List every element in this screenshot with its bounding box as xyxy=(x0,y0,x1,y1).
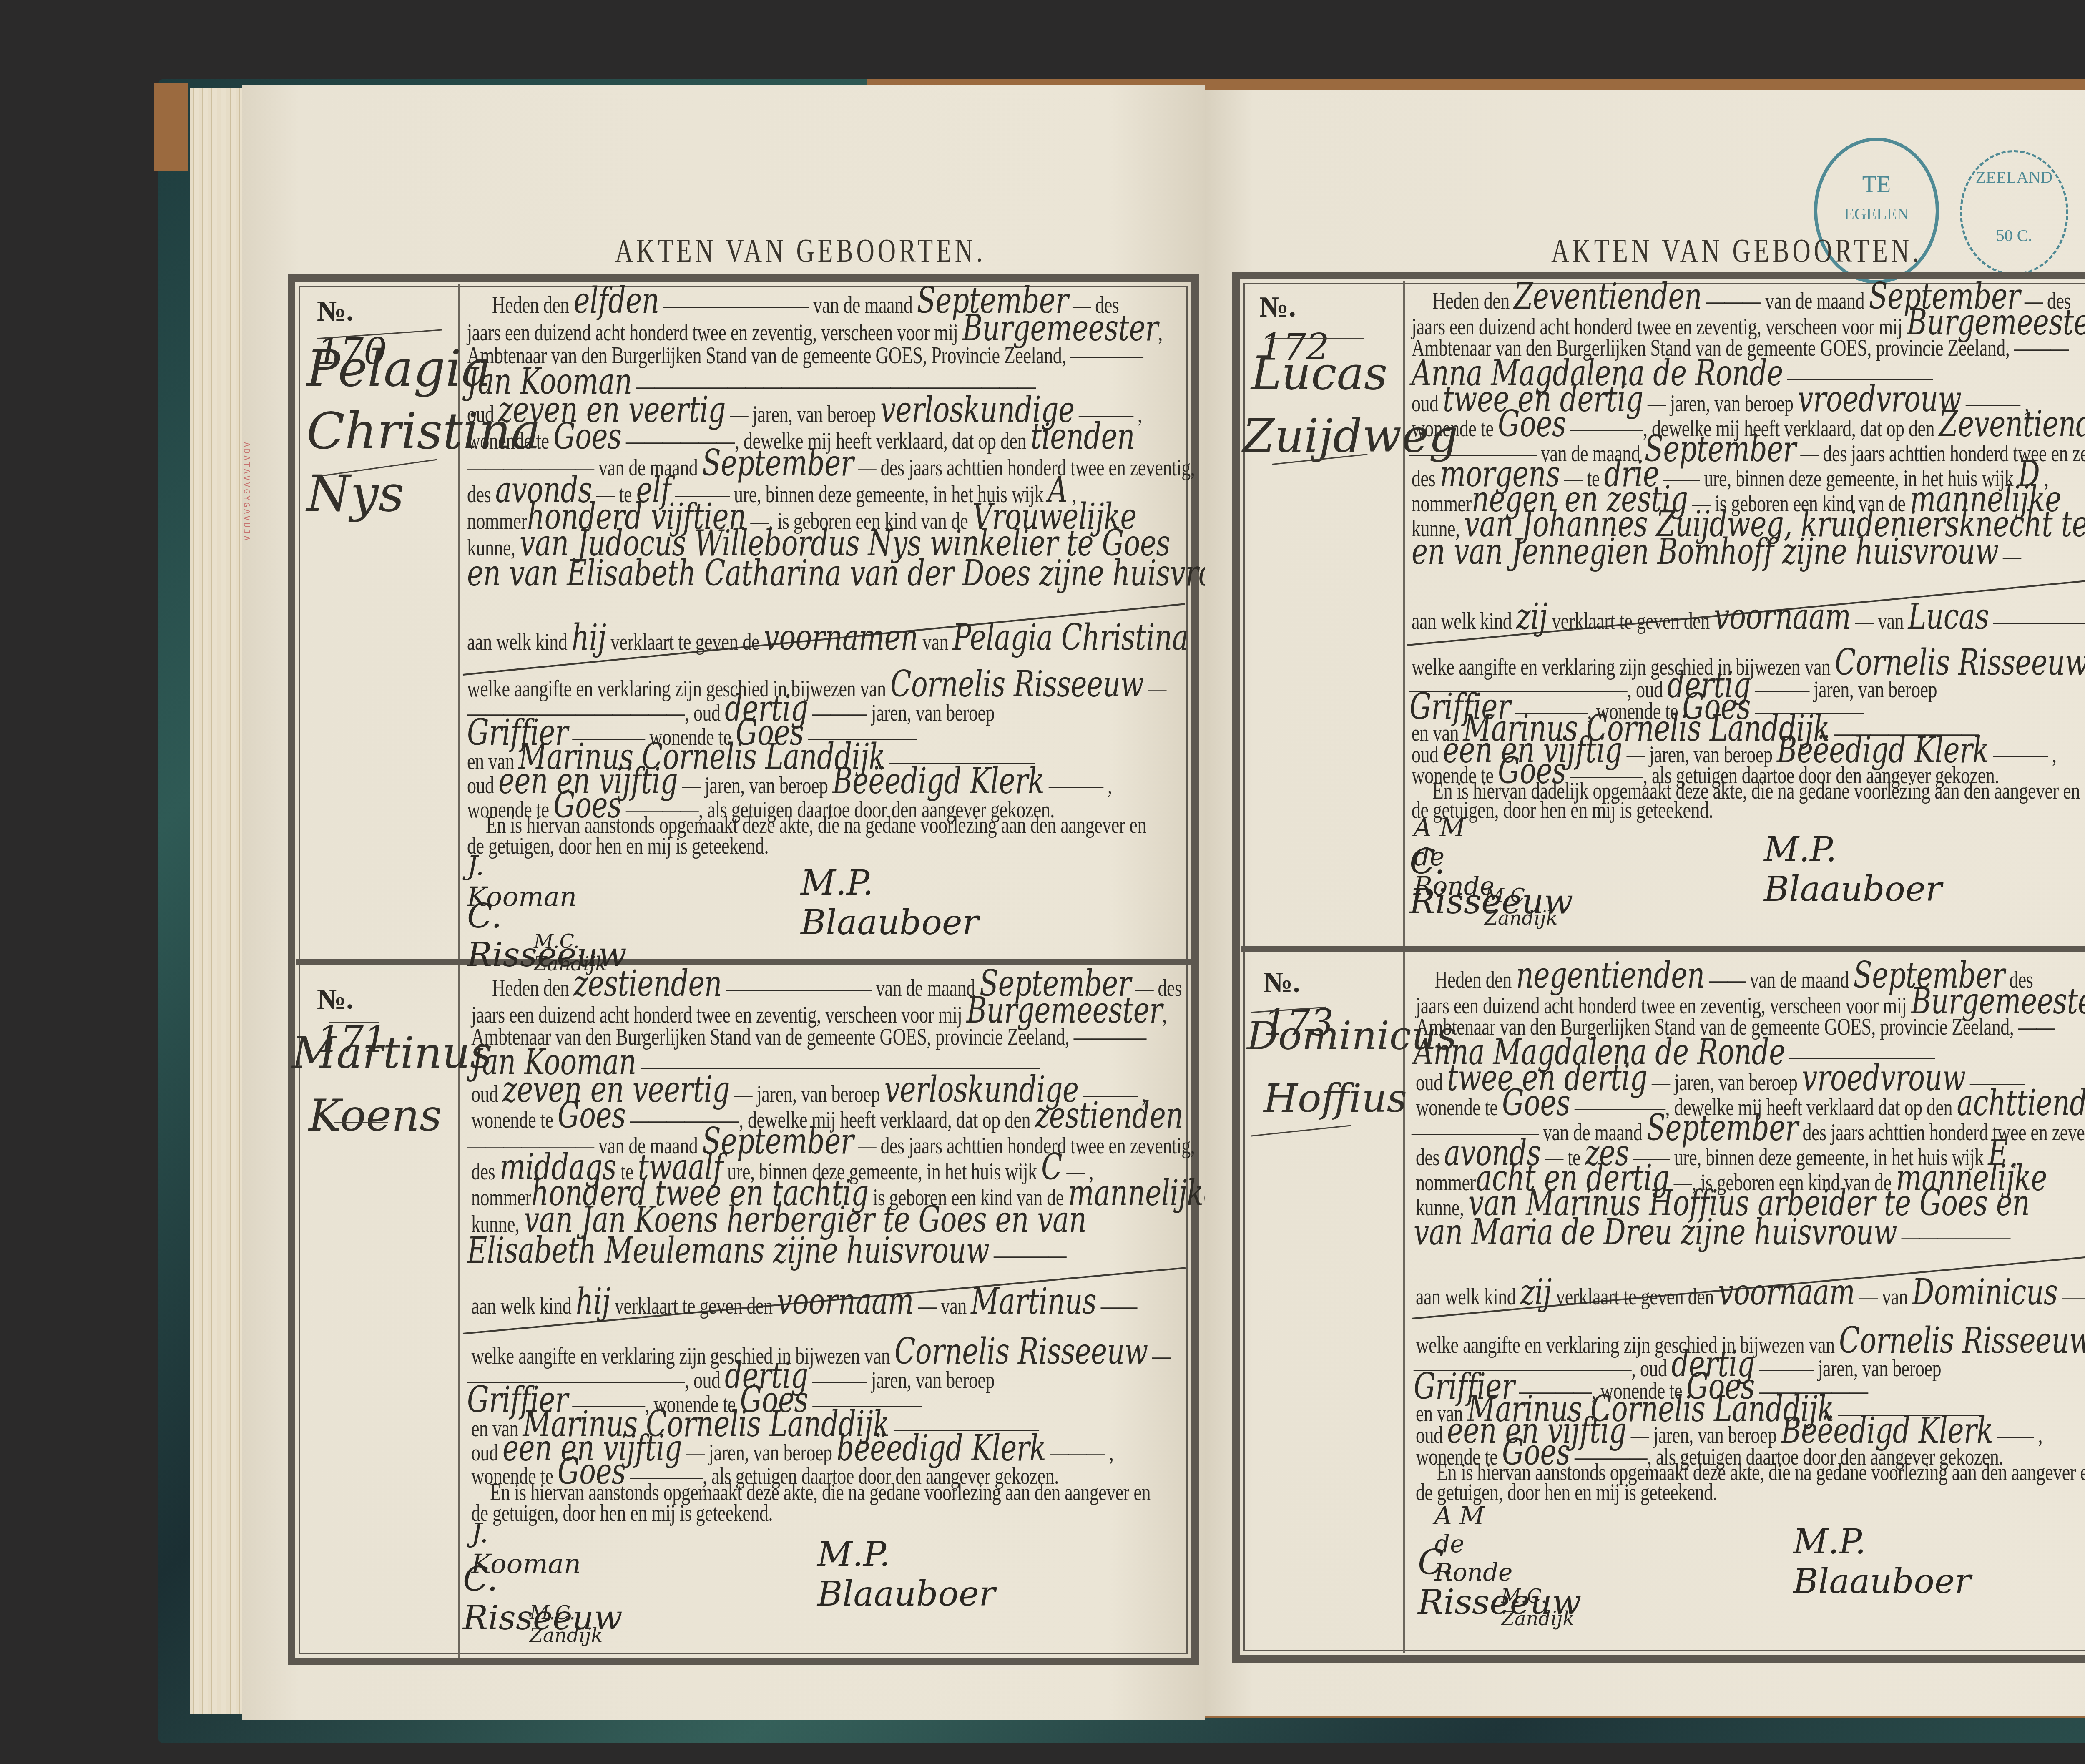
printed-text: aan welk kind xyxy=(1412,608,1512,634)
printed-text: aan welk kind xyxy=(467,628,567,655)
signature-witness-2: M.C. Zandijk xyxy=(530,1601,603,1646)
name-underline xyxy=(334,1122,388,1123)
record-line: Elisabeth Meulemans zijne huisvrouw ———— xyxy=(467,1234,1066,1271)
handwritten-value: zij xyxy=(1516,596,1547,637)
printed-text: verklaart te geven den xyxy=(1556,1283,1714,1310)
naming-line: aan welk kind hij verklaart te geven de … xyxy=(467,621,1188,658)
printed-text: aan welk kind xyxy=(1416,1283,1516,1310)
handwritten-value: Martinus xyxy=(971,1280,1096,1322)
record-line: en van Jennegien Bomhoff zijne huisvrouw… xyxy=(1412,535,2021,572)
printed-text: , xyxy=(1158,319,1163,346)
number-underline xyxy=(1268,338,1364,339)
right-page-header: AKTEN VAN GEBOORTEN. xyxy=(1551,231,1922,270)
record-line: en van Elisabeth Catharina van der Does … xyxy=(467,557,1256,594)
printed-text: verklaart te geven de xyxy=(610,628,759,655)
right-column-divider xyxy=(1403,281,1405,1653)
handwritten-value: Elisabeth Meulemans zijne huisvrouw xyxy=(467,1229,989,1271)
book-corner-leather-left xyxy=(154,83,188,171)
handwritten-value: voornaam xyxy=(1714,596,1851,637)
handwritten-value: hij xyxy=(572,616,606,658)
record-line: van Maria de Dreu zijne huisvrouw —————— xyxy=(1414,1216,2010,1253)
printed-text: №. xyxy=(1259,291,1296,323)
printed-text: verklaart te geven den xyxy=(615,1292,773,1319)
handwritten-value: zij xyxy=(1520,1271,1552,1313)
naming-line: aan welk kind zij verklaart te geven den… xyxy=(1412,601,2085,637)
handwritten-value: Lucas xyxy=(1908,596,1989,637)
signature-witness-2: M.C. Zandijk xyxy=(1485,884,1557,929)
printed-text: TE xyxy=(1817,170,1936,199)
handwritten-value: voornaam xyxy=(777,1280,914,1322)
naming-line: aan welk kind zij verklaart te geven den… xyxy=(1416,1276,2085,1313)
handwritten-value: Dominicus xyxy=(1912,1271,2058,1313)
signature-official: M.P. Blaauboer xyxy=(801,863,979,942)
right-entry-separator xyxy=(1241,946,2085,952)
handwritten-value: Pelagia Christina xyxy=(952,616,1188,658)
printed-text: Martinus xyxy=(292,1022,492,1084)
left-page-stack xyxy=(190,88,248,1714)
handwritten-value: voornaam xyxy=(1718,1271,1855,1313)
signature-official: M.P. Blaauboer xyxy=(1793,1522,1971,1601)
printed-text: №. xyxy=(317,295,354,327)
handwritten-value: en van Elisabeth Catharina van der Does … xyxy=(467,552,1256,594)
printed-text: aan welk kind xyxy=(471,1292,571,1319)
printed-text: ZEELAND xyxy=(1962,165,2066,190)
printed-text: van xyxy=(922,628,948,655)
signature-witness-2: M.C. Zandijk xyxy=(1501,1585,1574,1630)
printed-text: Koens xyxy=(292,1084,492,1147)
printed-text: №. xyxy=(1264,967,1300,999)
handwritten-value: hij xyxy=(576,1280,610,1322)
margin-red-marks: ADATAVVGYGAVUJA xyxy=(246,442,252,634)
handwritten-value: mannelijke xyxy=(1068,1172,1219,1214)
child-margin-name: Martinus Koens xyxy=(292,1022,492,1147)
handwritten-value: voornamen xyxy=(764,616,918,658)
printed-text: van xyxy=(1878,608,1904,634)
signature-official: M.P. Blaauboer xyxy=(1764,830,1942,909)
left-page-header: AKTEN VAN GEBOORTEN. xyxy=(615,231,986,270)
handwritten-value: van Maria de Dreu zijne huisvrouw xyxy=(1414,1211,1897,1253)
signature-official: M.P. Blaauboer xyxy=(817,1535,995,1614)
printed-text: , xyxy=(1162,1001,1167,1028)
printed-text: №. xyxy=(317,983,354,1015)
postal-stamp: ZEELAND 50 C. xyxy=(1960,150,2068,275)
naming-line: aan welk kind hij verklaart te geven den… xyxy=(471,1285,1137,1322)
printed-text: 50 C. xyxy=(1962,223,2066,248)
printed-text: van xyxy=(941,1292,967,1319)
handwritten-value: en van Jennegien Bomhoff zijne huisvrouw xyxy=(1412,530,1999,572)
printed-text: van xyxy=(1882,1283,1908,1310)
printed-text: EGELEN xyxy=(1817,199,1936,229)
printed-text: verklaart te geven den xyxy=(1552,608,1710,634)
